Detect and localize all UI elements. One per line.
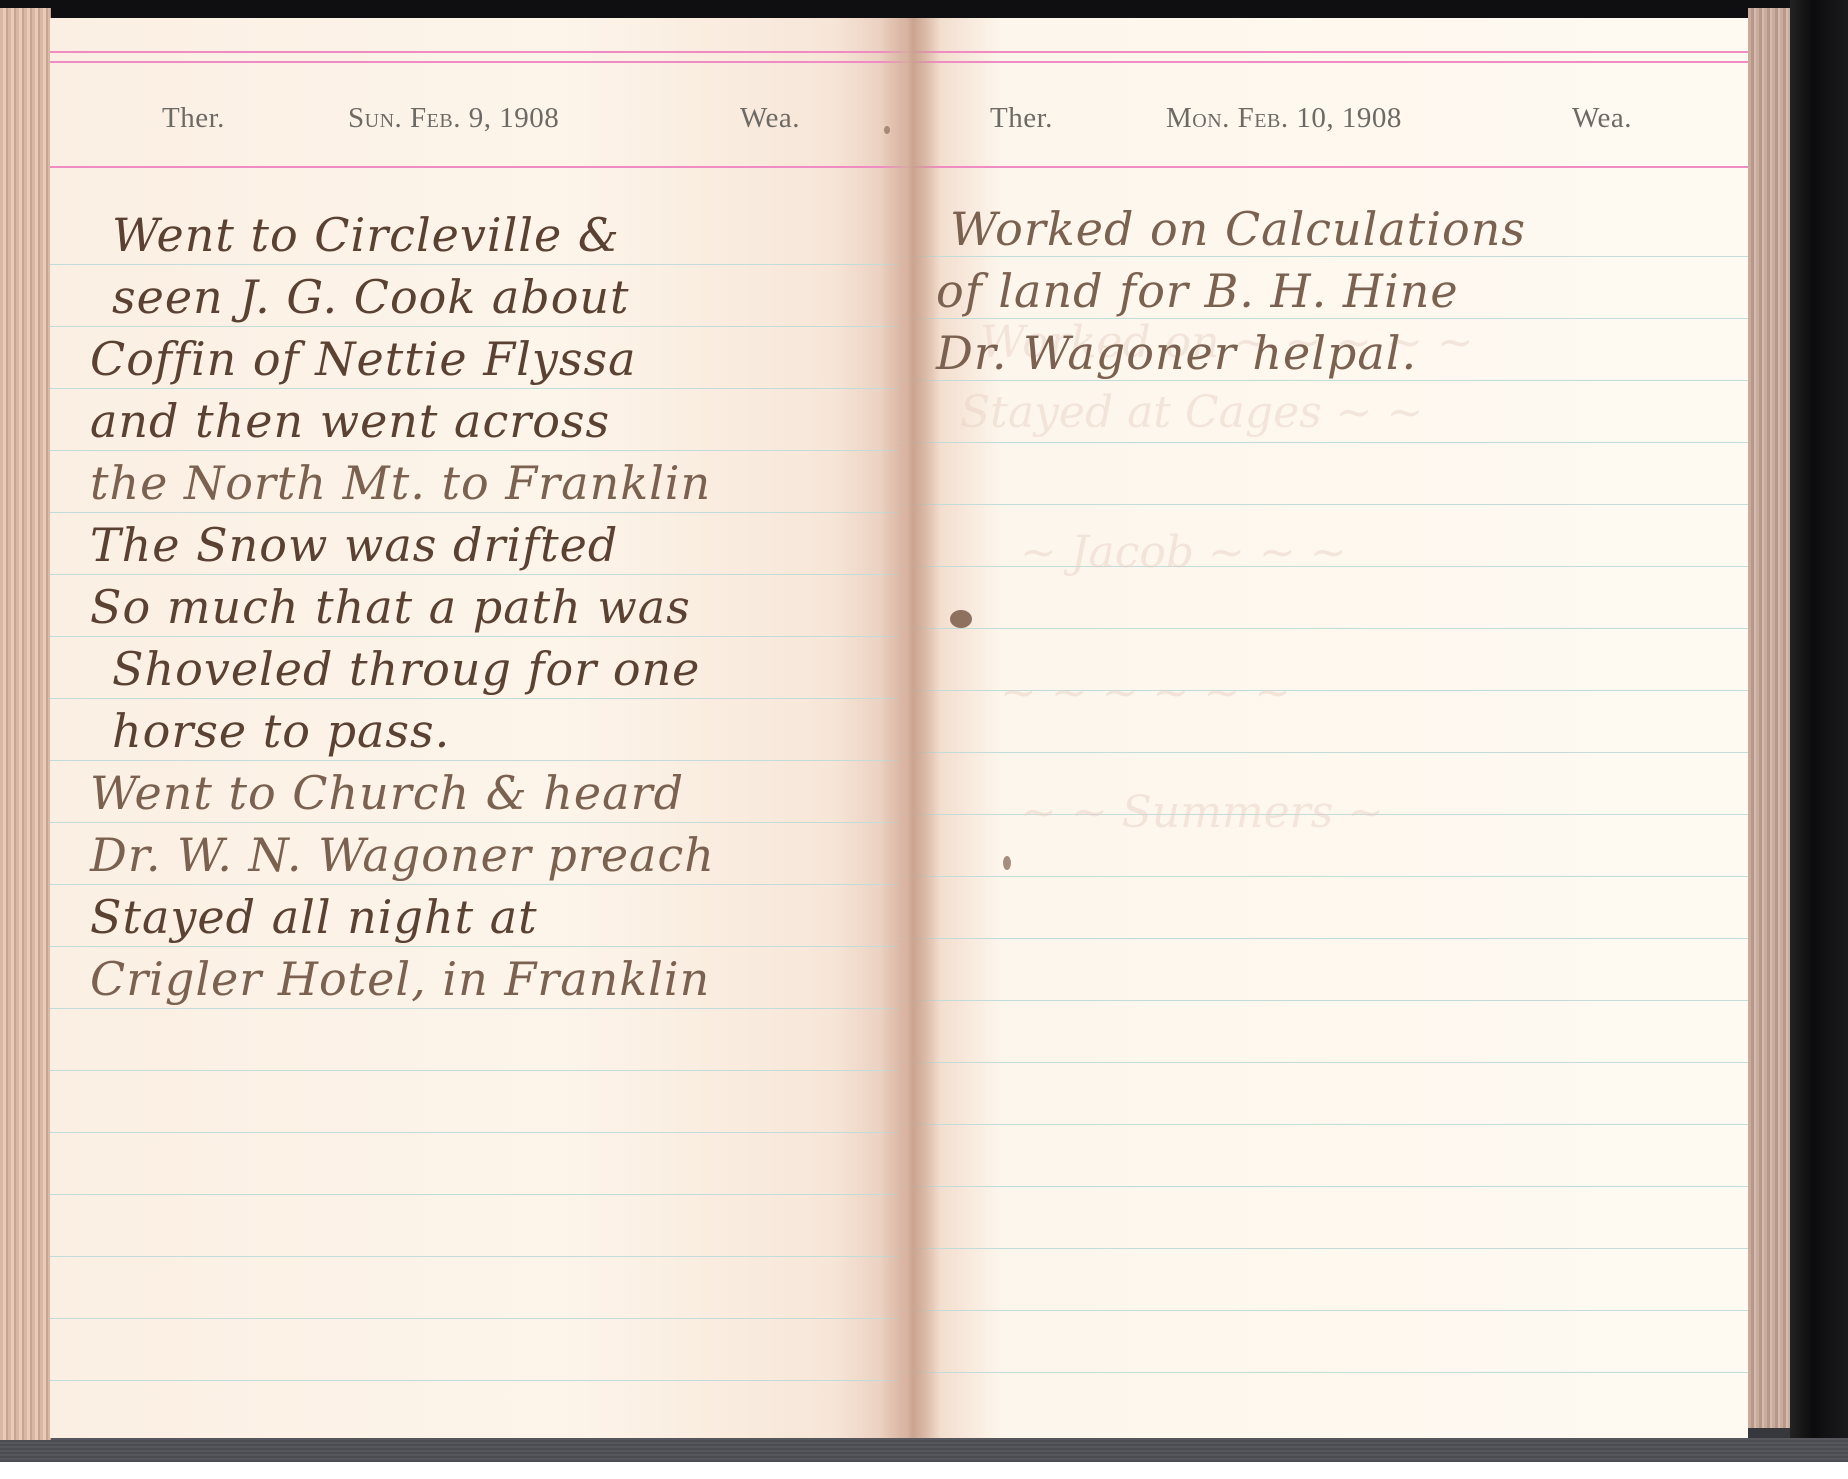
left-page: Ther. Sun. Feb. 9, 1908 Wea. [50, 18, 900, 1438]
page-edges-right [1748, 8, 1790, 1428]
entry-line: Coffin of Nettie Flyssa [90, 330, 637, 388]
ink-blot [884, 126, 890, 134]
entry-line: Crigler Hotel, in Franklin [90, 950, 710, 1008]
entry-line: and then went across [90, 392, 610, 450]
header-bottom-rule [900, 166, 1748, 168]
book-gutter [880, 18, 940, 1438]
entry-line: Dr. Wagoner helpal. [936, 324, 1417, 382]
ther-label: Ther. [162, 102, 225, 135]
ther-label: Ther. [990, 102, 1053, 135]
right-page-header: Ther. Mon. Feb. 10, 1908 Wea. [900, 98, 1748, 138]
wea-label: Wea. [1572, 102, 1632, 135]
date-label: Sun. Feb. 9, 1908 [348, 102, 559, 135]
entry-line: Went to Church & heard [90, 764, 684, 822]
right-page: Ther. Mon. Feb. 10, 1908 Wea. [900, 18, 1748, 1438]
book-cover-edge [1790, 0, 1848, 1440]
header-top-rule-2 [900, 61, 1748, 63]
entry-line: Shoveled throug for one [112, 640, 700, 698]
entry-line: The Snow was drifted [90, 516, 618, 574]
header-top-rule-2 [50, 61, 900, 63]
entry-line: Went to Circleville & [112, 206, 620, 264]
entry-line: horse to pass. [112, 702, 450, 760]
entry-line: Dr. W. N. Wagoner preach [90, 826, 715, 884]
ink-blot [950, 610, 972, 628]
entry-line: Worked on Calculations [950, 200, 1526, 258]
left-page-header: Ther. Sun. Feb. 9, 1908 Wea. [50, 98, 900, 138]
scan-margin [0, 1462, 1848, 1479]
entry-line: of land for B. H. Hine [936, 262, 1459, 320]
header-top-rule [50, 51, 900, 53]
date-label: Mon. Feb. 10, 1908 [1166, 102, 1402, 135]
entry-line: the North Mt. to Franklin [90, 454, 711, 512]
entry-line: seen J. G. Cook about [112, 268, 630, 326]
entry-line: Stayed all night at [90, 888, 538, 946]
wea-label: Wea. [740, 102, 800, 135]
diary-book: Ther. Sun. Feb. 9, 1908 Wea. [0, 8, 1790, 1440]
entry-line: So much that a path was [90, 578, 691, 636]
header-top-rule [900, 51, 1748, 53]
header-bottom-rule [50, 166, 900, 168]
page-edges-left [0, 8, 51, 1440]
ink-blot [1003, 856, 1011, 870]
